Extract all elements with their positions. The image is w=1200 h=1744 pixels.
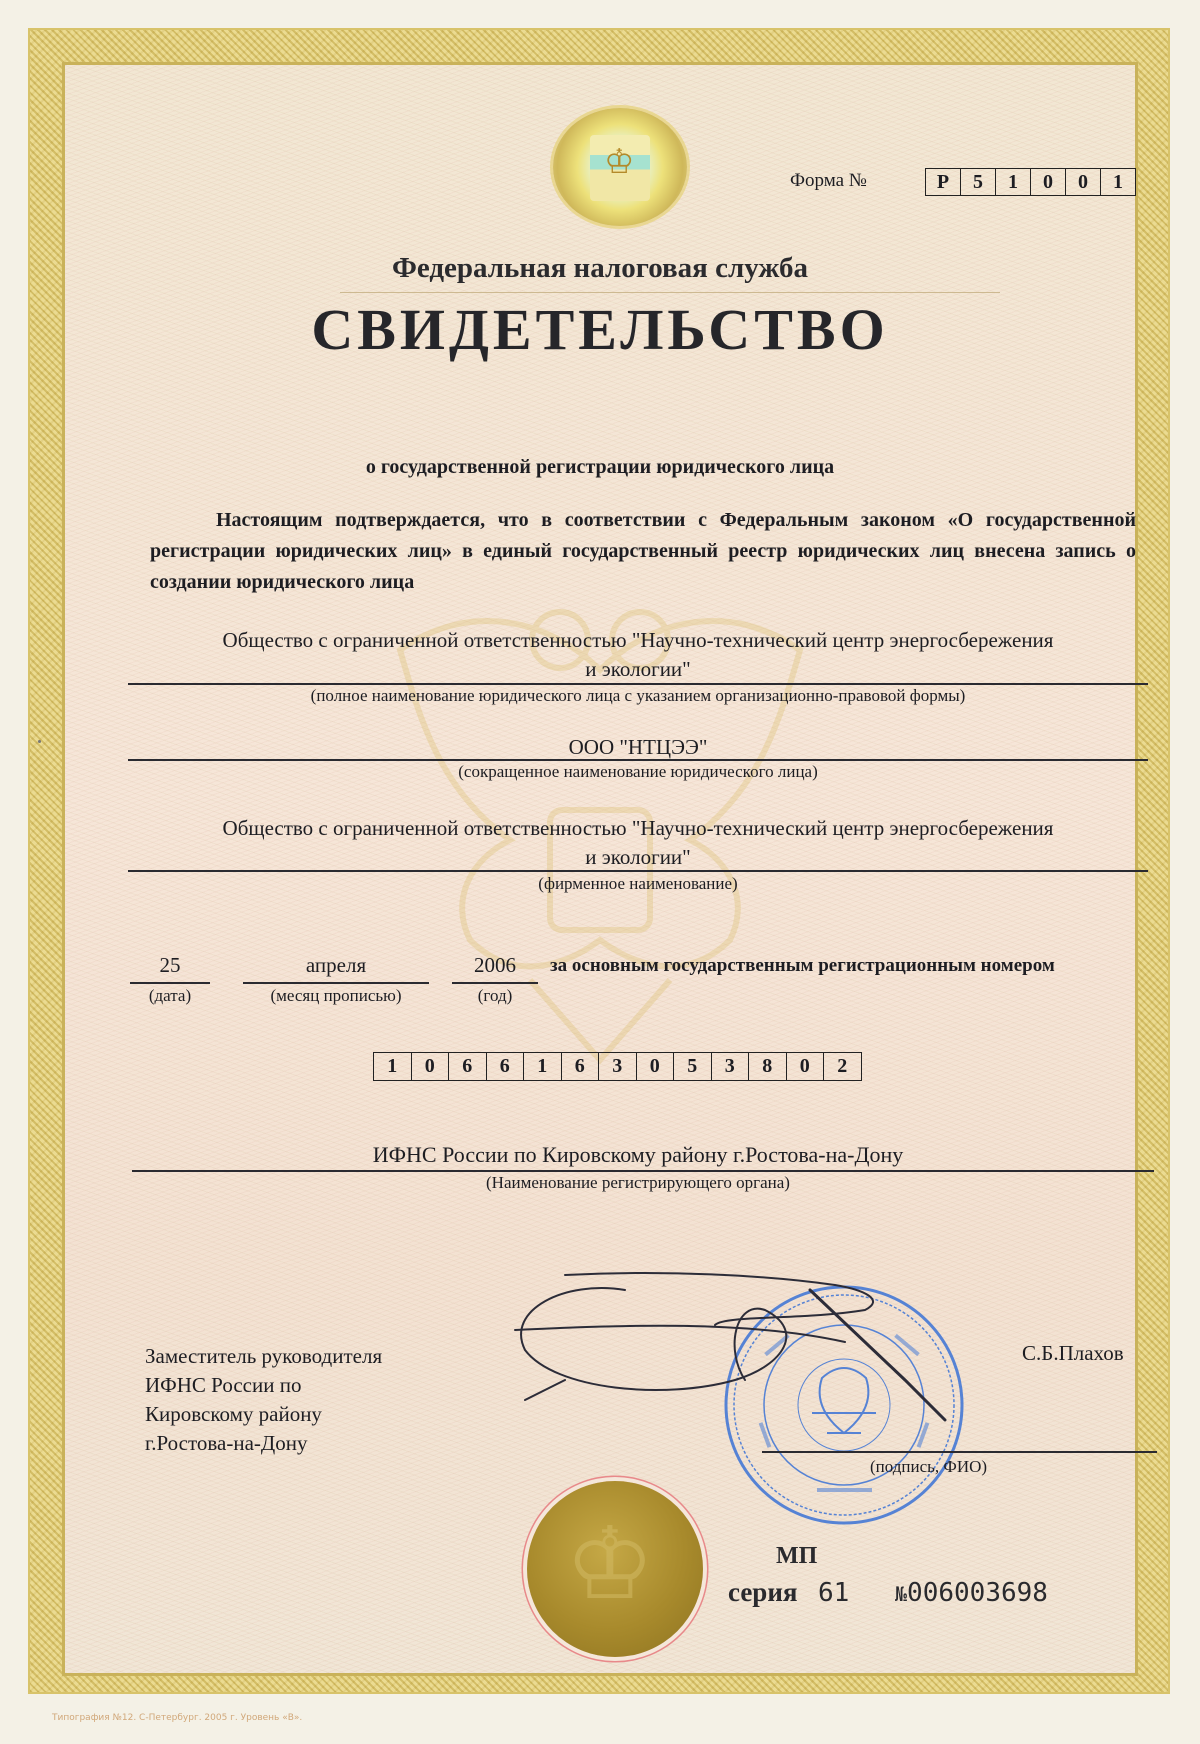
form-code-char: 5	[961, 169, 996, 195]
ogrn-digit: 8	[749, 1053, 787, 1080]
embossed-eagle-icon: ♔	[565, 1515, 655, 1615]
serial-number-value: 006003698	[907, 1578, 1048, 1608]
date-day: 25	[130, 953, 210, 978]
position-line: Заместитель руководителя	[145, 1342, 382, 1371]
form-code-char: 1	[996, 169, 1031, 195]
firm-name-line1: Общество с ограниченной ответственностью…	[128, 814, 1148, 842]
date-month: апреля	[243, 953, 429, 978]
ogrn-digit: 0	[412, 1053, 450, 1080]
ogrn-digit: 2	[824, 1053, 861, 1080]
date-day-caption: (дата)	[130, 986, 210, 1006]
firm-name-line2: и экологии"	[128, 843, 1148, 871]
signature-underline	[762, 1451, 1157, 1453]
position-line: г.Ростова-на-Дону	[145, 1429, 382, 1458]
form-code-char: 1	[1101, 169, 1135, 195]
full-name-line2: и экологии"	[128, 655, 1148, 683]
series-label: серия	[728, 1577, 797, 1608]
position-line: Кировскому району	[145, 1400, 382, 1429]
agency-name: Федеральная налоговая служба	[0, 252, 1200, 285]
ogrn-digit: 6	[562, 1053, 600, 1080]
signature-caption: (подпись, ФИО)	[870, 1457, 987, 1477]
form-code-char: 0	[1031, 169, 1066, 195]
scan-speck	[38, 740, 41, 743]
short-name-underline	[128, 759, 1148, 761]
series-value: 61	[818, 1578, 849, 1608]
short-name-value: ООО "НТЦЭЭ"	[128, 733, 1148, 761]
ogrn-digit: 3	[712, 1053, 750, 1080]
printer-note: Типография №12. С-Петербург. 2005 г. Уро…	[52, 1713, 302, 1723]
short-name-caption: (сокращенное наименование юридического л…	[128, 762, 1148, 782]
ogrn-digit: 5	[674, 1053, 712, 1080]
ogrn-digit: 3	[599, 1053, 637, 1080]
ogrn-number-boxes: 1 0 6 6 1 6 3 0 5 3 8 0 2	[373, 1052, 862, 1081]
registering-authority: ИФНС России по Кировскому району г.Росто…	[128, 1141, 1148, 1169]
date-month-caption: (месяц прописью)	[243, 986, 429, 1006]
authority-caption: (Наименование регистрирующего органа)	[128, 1173, 1148, 1193]
ogrn-digit: 1	[374, 1053, 412, 1080]
form-code-char: Р	[926, 169, 961, 195]
date-year-underline	[452, 982, 538, 984]
form-code-char: 0	[1066, 169, 1101, 195]
agency-divider	[340, 292, 1000, 293]
ogrn-digit: 1	[524, 1053, 562, 1080]
ogrn-digit: 0	[637, 1053, 675, 1080]
registration-statement: Настоящим подтверждается, что в соответс…	[150, 505, 1136, 598]
ogrn-digit: 6	[487, 1053, 525, 1080]
ogrn-digit: 6	[449, 1053, 487, 1080]
firm-name-underline	[128, 870, 1148, 872]
full-name-line1: Общество с ограниченной ответственностью…	[128, 626, 1148, 654]
ogrn-digit: 0	[787, 1053, 825, 1080]
document-subtitle: о государственной регистрации юридическо…	[0, 456, 1200, 479]
position-line: ИФНС России по	[145, 1371, 382, 1400]
number-sign: №	[895, 1582, 907, 1606]
serial-number: №006003698	[895, 1578, 1048, 1608]
form-number-label: Форма №	[790, 170, 867, 192]
form-number-boxes: Р 5 1 0 0 1	[925, 168, 1136, 196]
official-position: Заместитель руководителя ИФНС России по …	[145, 1342, 382, 1458]
date-day-underline	[130, 982, 210, 984]
date-year-caption: (год)	[452, 986, 538, 1006]
firm-name-caption: (фирменное наименование)	[128, 874, 1148, 894]
full-name-caption: (полное наименование юридического лица с…	[128, 686, 1148, 706]
handwritten-signature	[505, 1270, 985, 1440]
signer-name: С.Б.Плахов	[1022, 1341, 1124, 1366]
date-month-underline	[243, 982, 429, 984]
ogrn-label: за основным государственным регистрацион…	[550, 955, 1055, 977]
full-name-underline	[128, 683, 1148, 685]
fns-hologram-emblem-icon: ♔	[604, 146, 634, 180]
document-title: СВИДЕТЕЛЬСТВО	[0, 296, 1200, 363]
authority-underline	[132, 1170, 1154, 1172]
seal-place-label: МП	[776, 1543, 817, 1570]
date-year: 2006	[452, 953, 538, 978]
